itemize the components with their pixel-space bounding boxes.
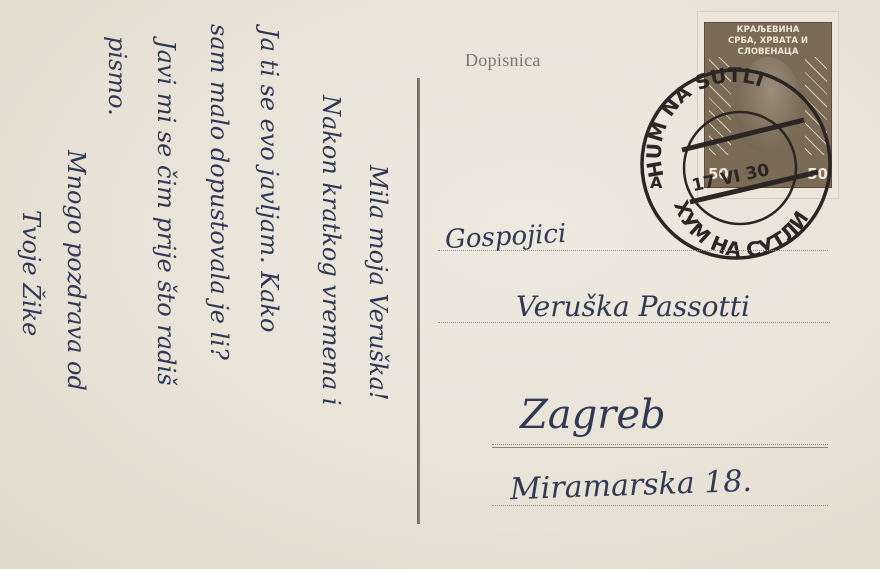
postmark-cancel-icon: HUM NA SUTLI ХУМ НА СУТЛИ A 17 VI 30 xyxy=(636,64,836,264)
message-line: Mila moja Veruška! xyxy=(364,165,392,401)
address-city: Zagreb xyxy=(520,392,666,438)
message-line: Tvoje Žike xyxy=(17,210,45,336)
postmark-top-text: HUM NA SUTLI xyxy=(642,64,768,180)
address-line-3-rule xyxy=(492,447,828,448)
address-line-3 xyxy=(492,444,828,445)
stamp-country-line1: КРАЉЕВИНА xyxy=(705,25,831,36)
svg-text:HUM NA SUTLI: HUM NA SUTLI xyxy=(642,64,768,180)
center-divider xyxy=(417,78,420,524)
postcard-header: Dopisnica xyxy=(465,50,541,71)
svg-text:ХУМ НА СУТЛИ: ХУМ НА СУТЛИ xyxy=(669,197,814,262)
message-line: pismo. xyxy=(103,36,131,116)
message-line: Nakon kratkog vremena i xyxy=(317,95,345,406)
postmark: HUM NA SUTLI ХУМ НА СУТЛИ A 17 VI 30 xyxy=(636,64,836,264)
postmark-bottom-text: ХУМ НА СУТЛИ xyxy=(669,197,814,262)
message-line: Mnogo pozdrava od xyxy=(62,150,90,391)
message-line: Ja ti se evo javljam. Kako xyxy=(255,28,283,332)
message-line: Javi mi se čim prije što radiš xyxy=(152,40,180,385)
stamp-country-line2: СРБА, ХРВАТА И СЛОВЕНАЦА xyxy=(705,36,831,58)
address-salutation: Gospojici xyxy=(444,219,567,255)
postcard-back: Mila moja Veruška! Nakon kratkog vremena… xyxy=(0,0,880,569)
stamp-country-text: КРАЉЕВИНА СРБА, ХРВАТА И СЛОВЕНАЦА xyxy=(705,25,831,58)
postmark-letter: A xyxy=(650,173,663,192)
message-line: sam malo dopustovala je li? xyxy=(205,24,233,360)
handwritten-message: Mila moja Veruška! Nakon kratkog vremena… xyxy=(0,0,420,569)
address-street: Miramarska 18. xyxy=(509,464,752,507)
address-recipient-name: Veruška Passotti xyxy=(516,290,750,323)
